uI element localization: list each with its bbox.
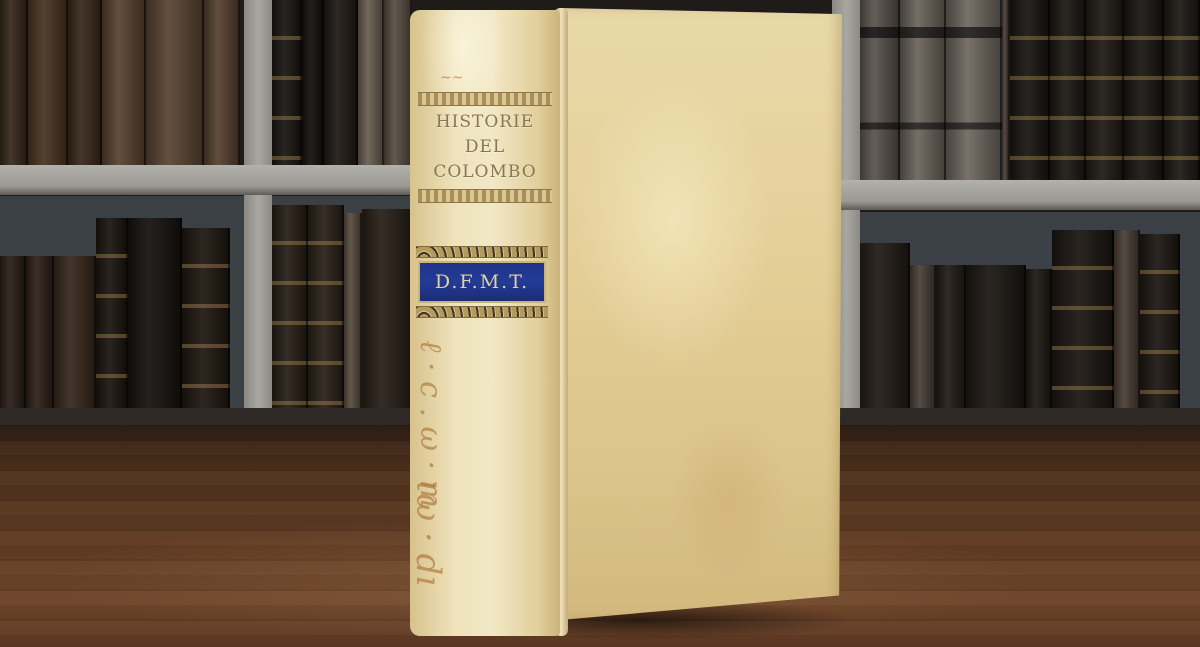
book-front-board: [560, 8, 842, 620]
shelf-upright-left: [244, 0, 272, 425]
gilt-ornament-border: [418, 92, 552, 106]
handwritten-top-mark: ~~: [440, 70, 463, 86]
gilt-scallop-border: [416, 306, 548, 318]
shelf-compartment-top-middle: [272, 0, 412, 165]
book-spine: ~~ HISTORIE DEL COLOMBO D.F.M.T. ℓ · c .…: [410, 10, 560, 636]
shelf-plank-left: [0, 165, 412, 195]
spine-blue-label: D.F.M.T.: [414, 246, 550, 320]
shelf-plank-right: [832, 180, 1200, 210]
gilt-scallop-border: [416, 246, 548, 258]
spine-title: HISTORIE DEL COLOMBO: [416, 106, 554, 189]
shelf-compartment-bottom-left: [0, 196, 244, 412]
shelf-compartment-top-left: [0, 0, 240, 165]
shelf-compartment-top-right: [858, 0, 1200, 180]
spine-label-lettering: D.F.M.T.: [418, 261, 546, 303]
spine-title-line-3: COLOMBO: [418, 160, 552, 185]
shelf-compartment-bottom-middle: [272, 196, 412, 412]
photo-scene: ~~ HISTORIE DEL COLOMBO D.F.M.T. ℓ · c .…: [0, 0, 1200, 647]
spine-title-line-2: DEL: [418, 135, 552, 160]
vellum-book: ~~ HISTORIE DEL COLOMBO D.F.M.T. ℓ · c .…: [410, 8, 842, 638]
spine-title-label: HISTORIE DEL COLOMBO: [416, 92, 554, 220]
handwritten-spine-ink-lower: ιω · dı: [408, 480, 448, 586]
shelf-compartment-bottom-right: [858, 212, 1200, 432]
gilt-ornament-border: [418, 189, 552, 203]
spine-title-line-1: HISTORIE: [418, 110, 552, 135]
